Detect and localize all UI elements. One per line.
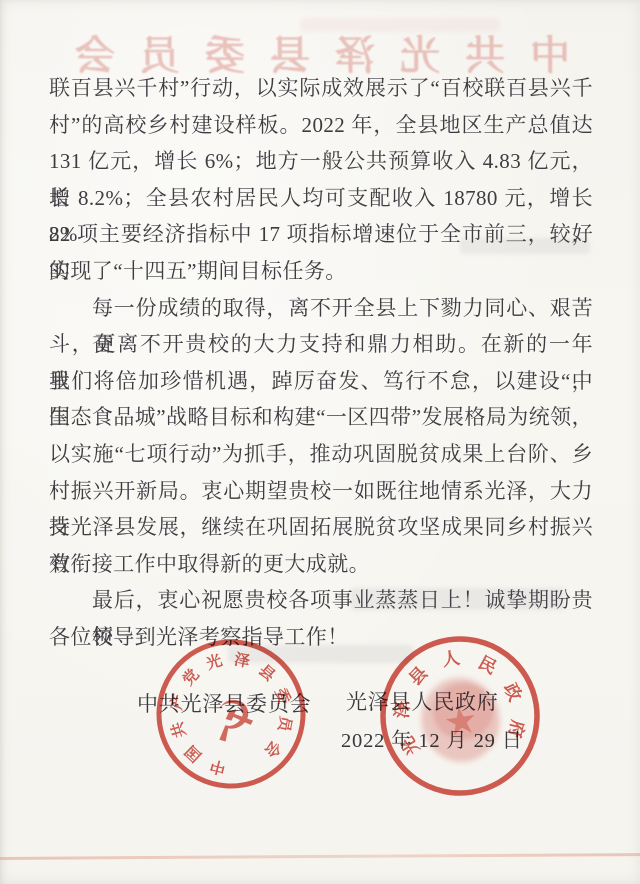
national-emblem-star-icon: ★ (441, 699, 481, 746)
seal-character: 泽 (391, 699, 413, 719)
letter-line: 以实施“七项行动”为抓手，推动巩固脱贫成果上台阶、乡 (49, 436, 593, 473)
letter-line: 效衔接工作中取得新的更大成就。 (49, 546, 593, 583)
seal-character: 民 (475, 652, 500, 678)
seal-character: 光 (204, 651, 225, 673)
letter-line: 村”的高校乡村建设样板。2022 年，全县地区生产总值达 (49, 107, 593, 144)
letter-line: 生态食品城”战略目标和构建“一区四带”发展格局为统领， (49, 399, 593, 436)
letter-line: 每一份成绩的取得，离不开全县上下勠力同心、艰苦奋 (49, 290, 593, 327)
seal-character: 国 (181, 741, 206, 766)
government-seal: 光泽县人民政府 ★ (362, 618, 559, 815)
letter-line: 实现了“十四五”期间目标任务。 (49, 253, 593, 290)
seal-character: 人 (441, 647, 462, 670)
bleed-smudge (300, 18, 500, 32)
bleed-smudge (350, 588, 565, 610)
letter-line: 斗，更离不开贵校的大力支持和鼎力相助。在新的一年里， (49, 326, 593, 363)
scanned-letter-page: 中共光泽县委员会 联百县兴千村”行动，以实际成效展示了“百校联百县兴千村”的高校… (0, 0, 640, 884)
seal-character: 泽 (233, 650, 252, 671)
seal-character: 产 (166, 692, 188, 712)
seal-character: 县 (255, 661, 279, 685)
hammer-and-sickle-icon: ☭ (202, 687, 264, 756)
letter-line: 村振兴开新局。衷心期望贵校一如既往地情系光泽，大力支 (49, 473, 593, 510)
scan-fold-line (0, 853, 640, 859)
seal-character: 员 (274, 715, 295, 735)
seal-character: 共 (168, 719, 190, 740)
letter-line: 长 8.2%；全县农村居民人均可支配收入 18780 元，增长 8%， (49, 180, 593, 217)
seal-character: 县 (405, 662, 432, 689)
letter-line: 131 亿元，增长 6%；地方一般公共预算收入 4.83 亿元，增 (49, 143, 593, 180)
letter-body: 联百县兴千村”行动，以实际成效展示了“百校联百县兴千村”的高校乡村建设样板。20… (49, 70, 593, 656)
letter-line: 持光泽县发展，继续在巩固拓展脱贫攻坚成果同乡村振兴有 (49, 509, 593, 546)
bleed-smudge (460, 238, 590, 254)
seal-character: 党 (179, 665, 203, 689)
seal-character: 府 (505, 718, 529, 740)
letter-line: 我们将倍加珍惜机遇，踔厉奋发、笃行不怠，以建设“中国 (49, 363, 593, 400)
seal-character: 光 (397, 733, 423, 759)
seal-character: 中 (208, 756, 227, 777)
seal-character: 委 (271, 685, 294, 706)
seal-character: 政 (500, 680, 526, 705)
letter-line: 联百县兴千村”行动，以实际成效展示了“百校联百县兴千 (49, 70, 593, 107)
